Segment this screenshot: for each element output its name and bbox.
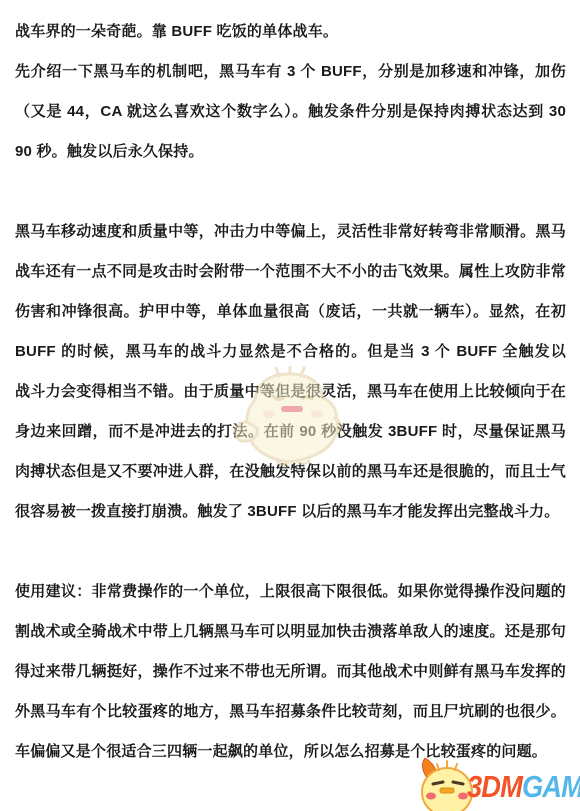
text-line: 伤害和冲锋很高。护甲中等，单体血量很高（废话，一共就一辆车）。显然，在初始状态没 <box>15 292 566 332</box>
paragraph: 使用建议：非常费操作的一个单位，上限很高下限很低。如果你觉得操作没问题的话，在分… <box>15 572 566 772</box>
logo-game-text: GAME <box>522 769 580 804</box>
text-line: （又是 44，CA 就这么喜欢这个数字么）。触发条件分别是保持肉搏状态达到 30… <box>15 92 566 132</box>
text-line: 使用建议：非常费操作的一个单位，上限很高下限很低。如果你觉得操作没问题的话，在分 <box>15 572 566 612</box>
text-line: 外黑马车有个比较蛋疼的地方，黑马车招募条件比较苛刻，而且尸坑刷的也很少。但是黑马 <box>15 692 566 732</box>
text-line: 割战术或全骑战术中带上几辆黑马车可以明显加快击溃落单敌人的速度。还是那句话，操作 <box>15 612 566 652</box>
logo-3dm-text: 3DM <box>467 769 522 804</box>
text-line: 得过来带几辆挺好，操作不过来不带也无所谓。而其他战术中则鲜有黑马车发挥的空间。另 <box>15 652 566 692</box>
text-line: 战车还有一点不同是攻击时会附带一个范围不大不小的击飞效果。属性上攻防非常低，但是 <box>15 252 566 292</box>
text-line: 先介绍一下黑马车的机制吧，黑马车有 3 个 BUFF，分别是加移速和冲锋，加伤害… <box>15 52 566 92</box>
text-line: 90 秒。触发以后永久保持。 <box>15 132 566 172</box>
text-line: 很容易被一拨直接打崩溃。触发了 3BUFF 以后的黑马车才能发挥出完整战斗力。 <box>15 492 566 532</box>
article-page: 战车界的一朵奇葩。靠 BUFF 吃饭的单体战车。先介绍一下黑马车的机制吧，黑马车… <box>0 0 580 811</box>
text-line: 战车界的一朵奇葩。靠 BUFF 吃饭的单体战车。 <box>15 12 566 52</box>
site-logo: 3DMGAME <box>467 769 580 805</box>
text-line: 黑马车移动速度和质量中等，冲击力中等偏上，灵活性非常好转弯非常顺滑。黑马车跟别的 <box>15 212 566 252</box>
paragraph: 战车界的一朵奇葩。靠 BUFF 吃饭的单体战车。先介绍一下黑马车的机制吧，黑马车… <box>15 12 566 172</box>
text-line: 车偏偏又是个很适合三四辆一起飙的单位，所以怎么招募是个比较蛋疼的问题。 <box>15 732 566 772</box>
watermark-chick-mascot-icon <box>233 366 346 468</box>
